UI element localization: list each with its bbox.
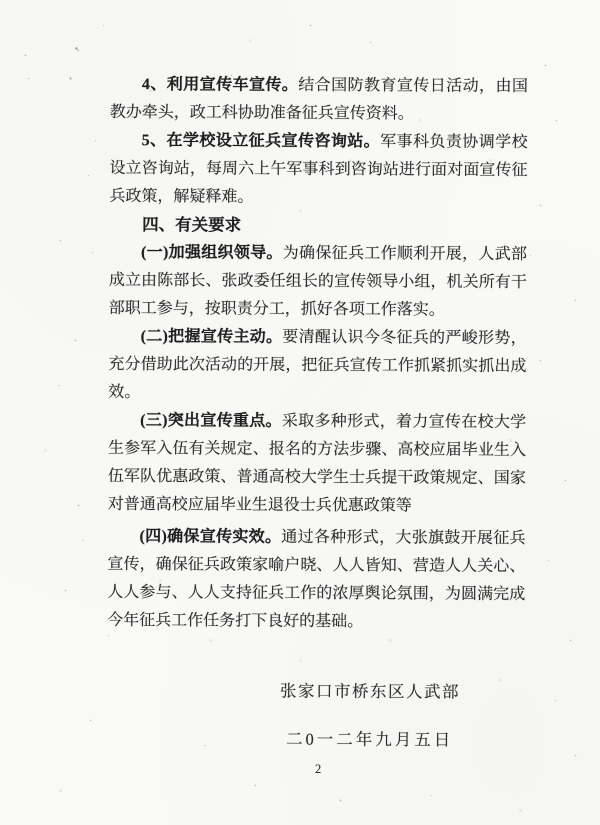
paragraph-title: (一)加强组织领导。 — [141, 244, 283, 262]
paragraph: 5、在学校设立征兵宣传咨询站。军事科负责协调学校设立咨询站，每周六上午军事科到咨… — [109, 127, 527, 213]
section-heading: 四、有关要求 — [109, 211, 527, 241]
page-number: 2 — [315, 762, 321, 777]
paragraph: 4、利用宣传车宣传。结合国防教育宣传日活动，由国教办牵头，政工科协助准备征兵宣传… — [110, 71, 528, 129]
paragraph-title: 4、利用宣传车宣传。 — [142, 76, 298, 94]
issue-date: 二0一二年九月五日 — [286, 726, 453, 751]
scan-noise-light — [0, 0, 1, 1]
paragraph: (二)把握宣传主动。要清醒认识今冬征兵的严峻形势，充分借助此次活动的开展，把征兵… — [108, 323, 526, 409]
document-body: 4、利用宣传车宣传。结合国防教育宣传日活动，由国教办牵头，政工科协助准备征兵宣传… — [107, 71, 528, 637]
paragraph-title: (三)突出宣传重点。 — [140, 412, 282, 430]
paragraph-title: 四、有关要求 — [142, 216, 241, 235]
paragraph-title: (二)把握宣传主动。 — [141, 328, 283, 346]
paragraph-title: 5、在学校设立征兵宣传咨询站。 — [142, 132, 381, 150]
scanned-document-page: 4、利用宣传车宣传。结合国防教育宣传日活动，由国教办牵头，政工科协助准备征兵宣传… — [0, 0, 600, 825]
paragraph-title: (四)确保宣传实效。 — [140, 528, 282, 546]
issuer-signature: 张家口市桥东区人武部 — [280, 678, 460, 703]
paragraph: (一)加强组织领导。为确保征兵工作顺利开展，人武部成立由陈部长、张政委任组长的宣… — [109, 239, 527, 325]
paragraph: (四)确保宣传实效。通过各种形式，大张旗鼓开展征兵宣传，确保征兵政策家喻户晓、人… — [107, 523, 526, 637]
scan-noise-dark — [0, 0, 1, 1]
paragraph: (三)突出宣传重点。采取多种形式，着力宣传在校大学生参军入伍有关规定、报名的方法… — [108, 407, 527, 521]
